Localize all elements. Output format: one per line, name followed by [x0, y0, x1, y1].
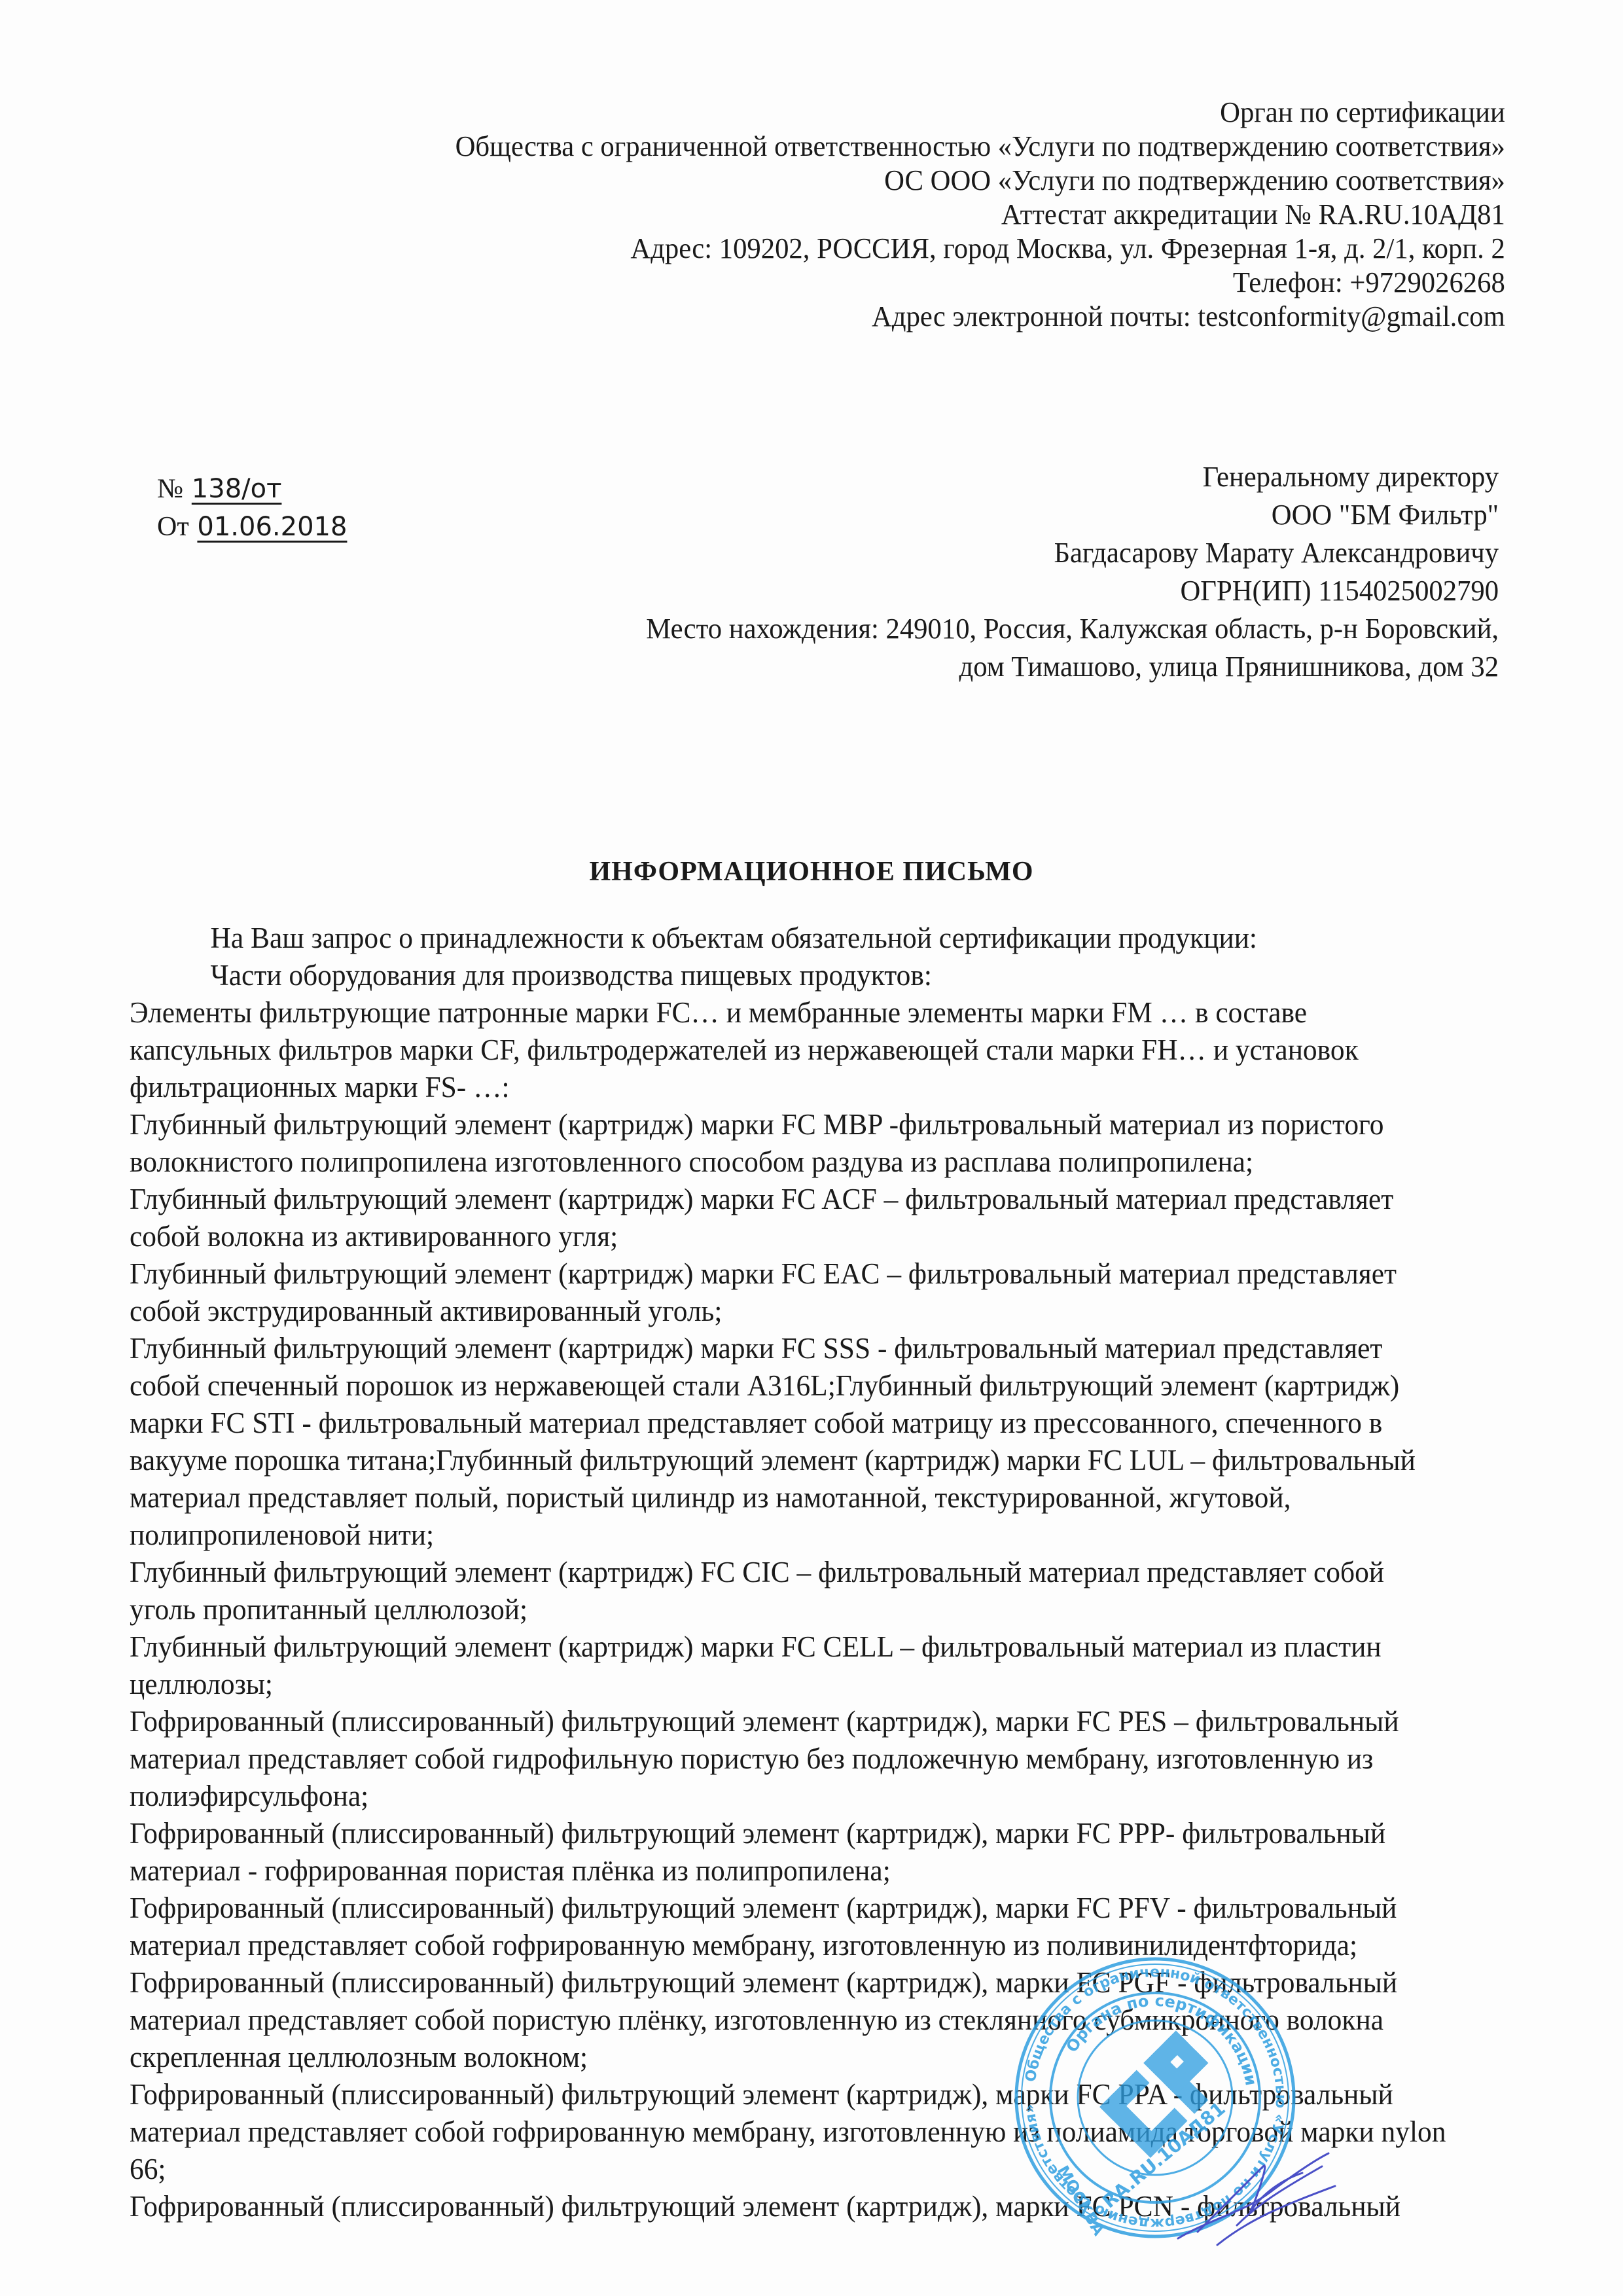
- body-line: собой спеченный порошок из нержавеющей с…: [130, 1367, 1481, 1405]
- document-title: ИНФОРМАЦИОННОЕ ПИСЬМО: [0, 856, 1623, 888]
- recipient-address-2: дом Тимашово, улица Прянишникова, дом 32: [646, 648, 1499, 686]
- body-line: собой волокна из активированного угля;: [130, 1218, 1481, 1255]
- body-line: полипропиленовой нити;: [130, 1516, 1481, 1554]
- letter-body: На Ваш запрос о принадлежности к объекта…: [130, 920, 1530, 2225]
- body-line: 66;: [130, 2151, 1481, 2188]
- body-line: вакууме порошка титана;Глубинный фильтру…: [130, 1442, 1481, 1479]
- recipient-position: Генеральному директору: [646, 458, 1499, 496]
- number-label: №: [157, 474, 183, 504]
- body-line: материал представляет собой гофрированну…: [130, 2113, 1481, 2151]
- issuer-org-full: Общества с ограниченной ответственностью…: [455, 130, 1505, 164]
- body-line: капсульных фильтров марки CF, фильтродер…: [130, 1031, 1481, 1069]
- recipient-address-1: Место нахождения: 249010, Россия, Калужс…: [646, 610, 1499, 648]
- body-line: скрепленная целлюлозным волокном;: [130, 2039, 1481, 2076]
- body-line: Элементы фильтрующие патронные марки FC……: [130, 994, 1481, 1031]
- body-line: волокнистого полипропилена изготовленног…: [130, 1143, 1481, 1181]
- letter-page: Орган по сертификации Общества с огранич…: [0, 0, 1623, 2296]
- issuer-header: Орган по сертификации Общества с огранич…: [423, 96, 1505, 334]
- issuer-address: Адрес: 109202, РОССИЯ, город Москва, ул.…: [455, 232, 1505, 266]
- product-list: Элементы фильтрующие патронные марки FC……: [130, 994, 1530, 2225]
- body-line: материал представляет собой пористую плё…: [130, 2001, 1481, 2039]
- body-line: Глубинный фильтрующий элемент (картридж)…: [130, 1255, 1481, 1293]
- body-line: Глубинный фильтрующий элемент (картридж)…: [130, 1181, 1481, 1218]
- date-label: От: [157, 512, 189, 542]
- reference-date: От 01.06.2018: [157, 508, 347, 546]
- issuer-accreditation: Аттестат аккредитации № RA.RU.10АД81: [455, 198, 1505, 232]
- recipient-block: Генеральному директору ООО "БМ Фильтр" Б…: [620, 458, 1499, 686]
- body-line: марки FC STI - фильтровальный материал п…: [130, 1405, 1481, 1442]
- body-line: материал - гофрированная пористая плёнка…: [130, 1852, 1481, 1890]
- body-line: Гофрированный (плиссированный) фильтрующ…: [130, 2188, 1481, 2225]
- body-line: Гофрированный (плиссированный) фильтрующ…: [130, 2076, 1481, 2113]
- body-line: Глубинный фильтрующий элемент (картридж)…: [130, 1330, 1481, 1367]
- issuer-phone: Телефон: +9729026268: [455, 266, 1505, 300]
- body-line: фильтрационных марки FS- …:: [130, 1069, 1481, 1106]
- body-line: материал представляет полый, пористый ци…: [130, 1479, 1481, 1516]
- recipient-name: Багдасарову Марату Александровичу: [646, 534, 1499, 572]
- issuer-org-short: ОС ООО «Услуги по подтверждению соответс…: [455, 164, 1505, 198]
- intro-category: Части оборудования для производства пище…: [130, 957, 1481, 994]
- date-value: 01.06.2018: [197, 512, 347, 542]
- number-value: 138/от: [192, 474, 282, 504]
- reference-block: № 138/от От 01.06.2018: [157, 470, 347, 546]
- body-line: собой экструдированный активированный уг…: [130, 1293, 1481, 1330]
- issuer-email: Адрес электронной почты: testconformity@…: [455, 300, 1505, 334]
- body-line: материал представляет собой гидрофильную…: [130, 1740, 1481, 1778]
- body-line: Глубинный фильтрующий элемент (картридж)…: [130, 1628, 1481, 1666]
- body-line: Гофрированный (плиссированный) фильтрующ…: [130, 1964, 1481, 2001]
- body-line: уголь пропитанный целлюлозой;: [130, 1591, 1481, 1628]
- recipient-ogrn: ОГРН(ИП) 1154025002790: [646, 572, 1499, 610]
- body-line: материал представляет собой гофрированну…: [130, 1927, 1481, 1964]
- body-line: целлюлозы;: [130, 1666, 1481, 1703]
- body-line: Глубинный фильтрующий элемент (картридж)…: [130, 1106, 1481, 1143]
- issuer-title: Орган по сертификации: [455, 96, 1505, 130]
- body-line: полиэфирсульфона;: [130, 1778, 1481, 1815]
- reference-number: № 138/от: [157, 470, 347, 508]
- body-line: Гофрированный (плиссированный) фильтрующ…: [130, 1890, 1481, 1927]
- body-line: Глубинный фильтрующий элемент (картридж)…: [130, 1554, 1481, 1591]
- body-line: Гофрированный (плиссированный) фильтрующ…: [130, 1703, 1481, 1740]
- intro-request: На Ваш запрос о принадлежности к объекта…: [130, 920, 1481, 957]
- body-line: Гофрированный (плиссированный) фильтрующ…: [130, 1815, 1481, 1852]
- recipient-company: ООО "БМ Фильтр": [646, 496, 1499, 534]
